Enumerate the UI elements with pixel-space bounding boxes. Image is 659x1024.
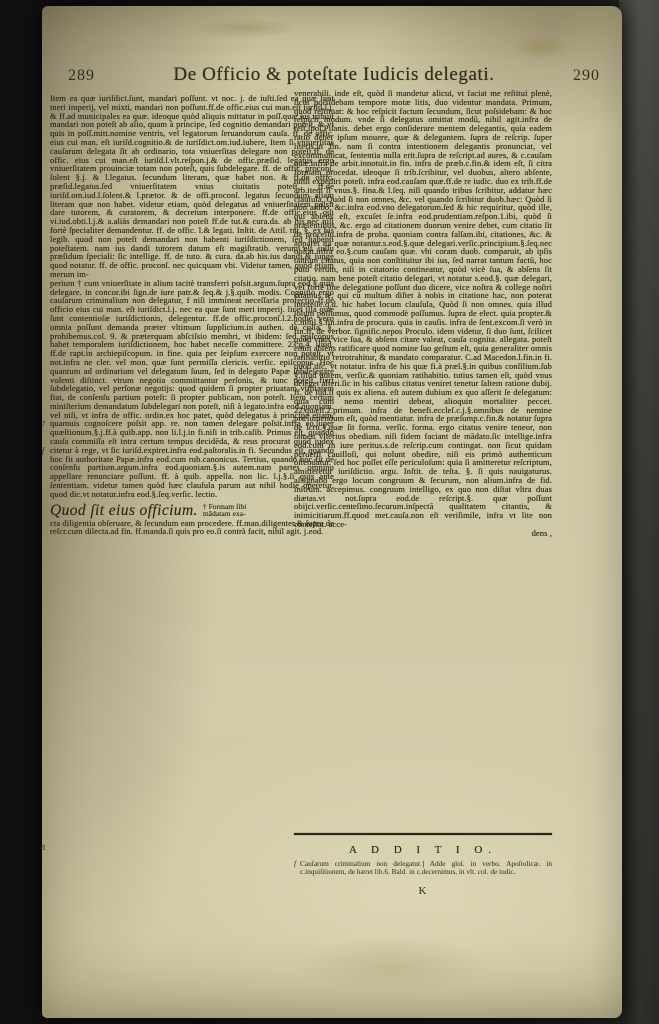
paper-stain: [292, 936, 492, 996]
running-title: De Officio & poteſtate Iudicis delegati.: [95, 64, 573, 86]
additio-body: f Cauſarum criminalium non delegatur.] A…: [294, 860, 552, 876]
body-paragraph: Item ea quæ iuriſdict.ſunt, mandari poſſ…: [50, 94, 334, 279]
section-heading: Quod ſit eius officium.: [50, 503, 198, 519]
scanner-edge-shade: [619, 0, 659, 1024]
paper-stain: [192, 18, 302, 38]
gathering-signature: K: [294, 885, 552, 897]
catchword: dens ,: [294, 529, 552, 538]
margin-paragraph-number-8: 8: [38, 842, 48, 852]
folio-number-left: 289: [68, 67, 95, 85]
text-column-right: venerabili. inde eſt, quòd ſi mandetur a…: [294, 89, 552, 825]
additio-reference-mark: f: [294, 860, 296, 876]
photograph-background: { "colors": { "background": "#131311", "…: [0, 0, 659, 1024]
section-heading-row: Quod ſit eius officium. † Formam ſibi mã…: [50, 503, 334, 519]
section-divider-rule: [294, 833, 552, 835]
margin-paragraph-number-7: 7: [38, 419, 48, 429]
body-paragraph: perium † cum vniuerſitate in alium tacit…: [50, 279, 334, 499]
margin-note-letter-f: f: [38, 445, 48, 455]
additio-text: Cauſarum criminalium non delegatur.] Add…: [300, 860, 552, 876]
body-paragraph: cta diligentia obſeruare, & ſecundum eam…: [50, 519, 334, 537]
paper-stain: [512, 34, 572, 60]
folio-number-right: 290: [573, 67, 600, 85]
additio-section: A D D I T I O. f Cauſarum criminalium no…: [294, 833, 552, 897]
body-paragraph: venerabili. inde eſt, quòd ſi mandetur a…: [294, 89, 552, 529]
additio-heading: A D D I T I O.: [294, 844, 552, 856]
text-column-left: Item ea quæ iuriſdict.ſunt, mandari poſſ…: [50, 94, 334, 838]
